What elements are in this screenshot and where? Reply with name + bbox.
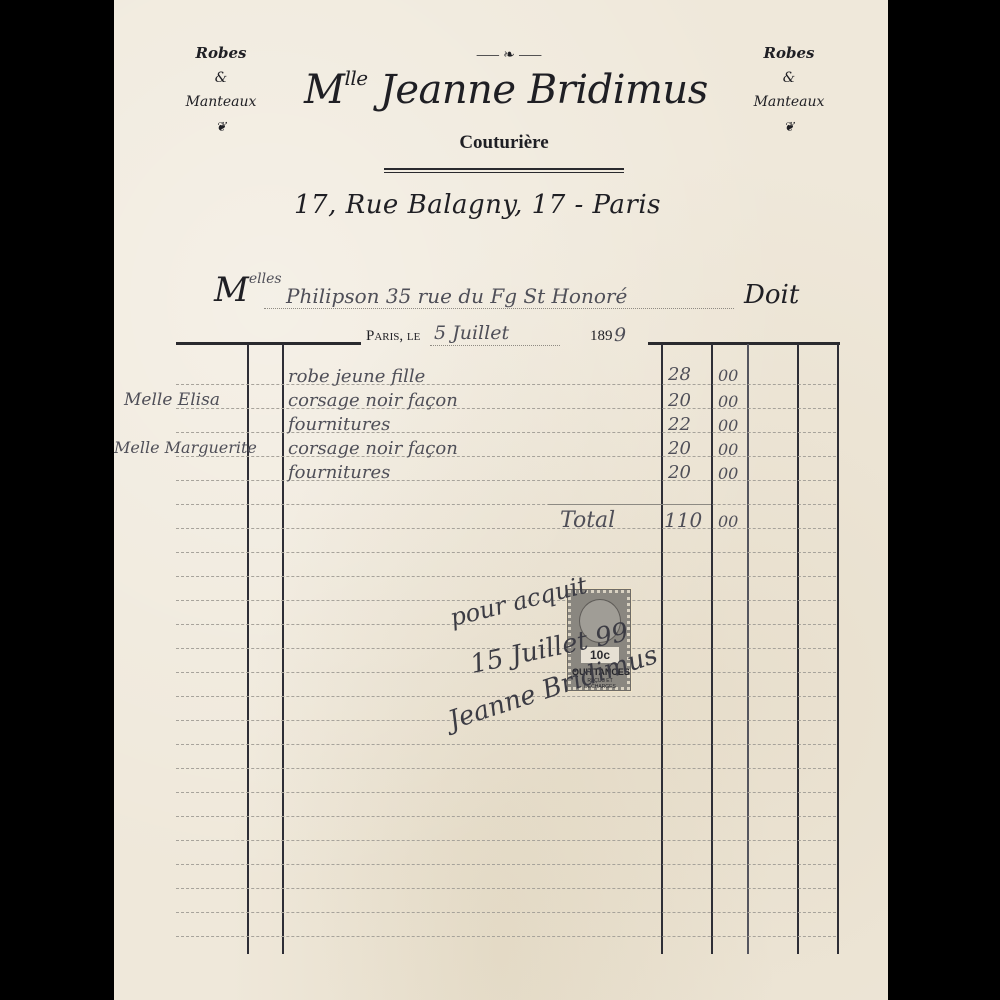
item-recipient: Melle Elisa (124, 390, 220, 410)
total-label: Total (560, 508, 615, 533)
item-francs: 20 (668, 390, 691, 411)
item-francs: 20 (668, 438, 691, 459)
item-francs: 20 (668, 462, 691, 483)
item-centimes: 00 (718, 392, 738, 411)
item-francs: 28 (668, 364, 691, 385)
total-centimes: 00 (718, 512, 738, 531)
total-rule (548, 504, 711, 505)
item-description: corsage noir façon (288, 438, 458, 459)
item-recipient: Melle Marguerite (114, 438, 257, 457)
item-description: fournitures (288, 414, 390, 435)
item-description: fournitures (288, 462, 390, 483)
item-description: robe jeune fille (288, 366, 425, 387)
item-description: corsage noir façon (288, 390, 458, 411)
invoice-paper: Robes & Manteaux ❦ Robes & Manteaux ❦ ⸺ … (114, 0, 888, 1000)
item-francs: 22 (668, 414, 691, 435)
ruled-lines (114, 0, 888, 1000)
item-centimes: 00 (718, 416, 738, 435)
item-centimes: 00 (718, 440, 738, 459)
item-centimes: 00 (718, 464, 738, 483)
total-francs: 110 (664, 508, 702, 532)
item-centimes: 00 (718, 366, 738, 385)
